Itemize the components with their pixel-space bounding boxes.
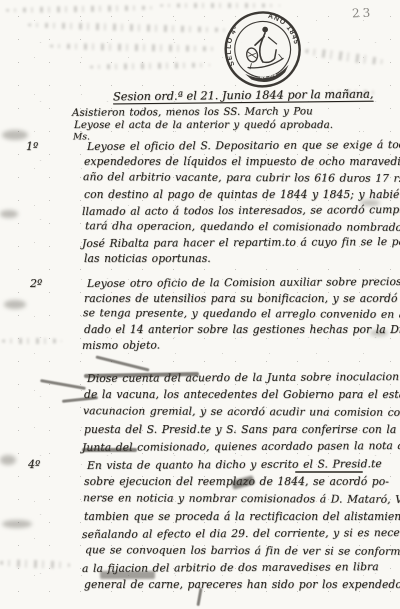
manuscript-page: 23 SELLO 4º AÑO 1845 40 Ms Sesion ord.ª … <box>0 0 400 609</box>
manuscript-line: tambien que se proceda á la rectificacio… <box>84 508 396 525</box>
session-heading: Sesion ord.ª el 21. Junio 1844 por la ma… <box>113 88 374 104</box>
manuscript-line: Leyose el acta de la anterior y quedó ap… <box>74 120 333 133</box>
manuscript-line: nerse en noticia y nombrar comisionados … <box>83 490 397 509</box>
page-number: 23 <box>352 6 374 21</box>
manuscript-line: se tenga presente, y quedando el arreglo… <box>83 305 397 322</box>
minute-entry-2: 2º Leyose otro oficio de la Comision aux… <box>0 275 400 353</box>
minute-entry-1: 1º Leyose el oficio del S. Depositario e… <box>0 138 400 268</box>
manuscript-line: que se convoquen los barrios á fin de ve… <box>85 541 397 560</box>
ink-blot <box>100 571 155 579</box>
manuscript-line: Leyose el oficio del S. Depositario en q… <box>87 137 396 155</box>
ink-smudge <box>305 46 385 66</box>
ink-strikethrough <box>82 448 137 452</box>
ink-smudge <box>28 21 228 33</box>
manuscript-line: vacunacion gremial, y se acordó acudir u… <box>83 403 397 422</box>
manuscript-line: Asistieron todos, menos los SS. March y … <box>72 106 333 120</box>
ink-underline <box>295 471 363 473</box>
minute-entry-4: 4º En vista de quanto ha dicho y escrito… <box>0 456 400 594</box>
ink-smudge <box>160 3 280 8</box>
manuscript-line: mismo objeto. <box>82 336 396 354</box>
ink-smudge <box>6 5 156 14</box>
manuscript-line: José Ribalta para hacer el repartim.to á… <box>82 234 396 252</box>
ink-smudge <box>90 62 210 70</box>
manuscript-line: de la vacuna, los antecedentes del Gobie… <box>84 386 396 403</box>
manuscript-line: señalando al efecto el dia 29. del corri… <box>82 524 396 543</box>
manuscript-line: expendedores de líquidos el impuesto de … <box>84 154 396 170</box>
manuscript-line: dado el 14 anterior sobre las gestiones … <box>84 322 396 338</box>
manuscript-line: con destino al pago de quintas de 1844 y… <box>84 187 396 203</box>
tax-stamp-seal: SELLO 4º AÑO 1845 40 Ms <box>214 2 311 99</box>
manuscript-line: puesta del S. Presid.te y S. Sans para c… <box>84 421 396 438</box>
entry-number: 2º <box>30 277 42 290</box>
manuscript-line: raciones de utensilios para su bonificac… <box>84 291 396 307</box>
manuscript-line: Diose cuenta del acuerdo de la Junta sob… <box>87 368 396 387</box>
manuscript-line: tará dha operacion, quedando el comision… <box>85 218 397 236</box>
entry-number: 4º <box>28 458 40 471</box>
manuscript-line: Leyose otro oficio de la Comision auxili… <box>87 274 396 291</box>
manuscript-line: las noticias oportunas. <box>84 251 396 267</box>
manuscript-line: año del arbitrio vacante, para cubrir lo… <box>83 170 397 188</box>
manuscript-line: Junta del comisionado, quienes acordado … <box>82 437 396 456</box>
entry-number: 1º <box>26 140 38 153</box>
manuscript-line: llamado al acto á todos los interesados,… <box>82 202 396 220</box>
ink-smudge <box>50 43 220 53</box>
